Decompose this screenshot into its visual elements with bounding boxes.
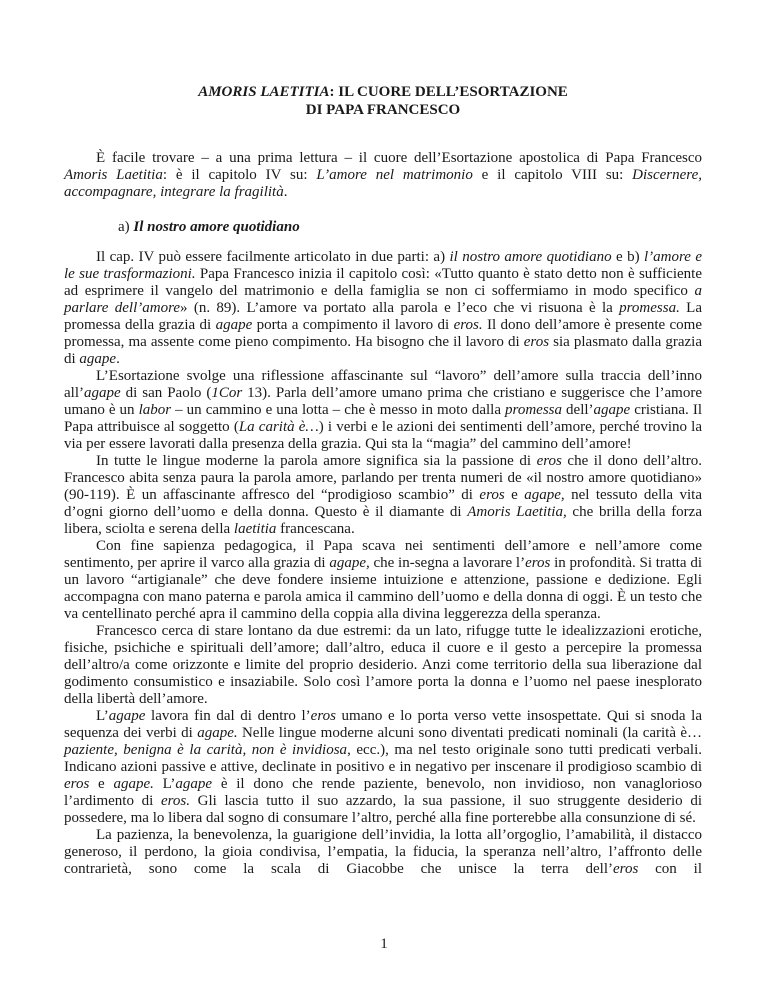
text-run: a): [118, 219, 133, 235]
text-run: Nelle lingue moderne alcuni sono diventa…: [238, 725, 702, 741]
text-run: con il: [638, 861, 702, 877]
title-italic-part: AMORIS LAETITIA: [198, 84, 329, 100]
text-run: Francesco cerca di stare lontano da due …: [64, 623, 702, 707]
text-run: agape: [594, 402, 631, 418]
text-run: agape: [216, 317, 253, 333]
text-run: laetitia: [234, 521, 277, 537]
text-run: e b): [612, 249, 644, 265]
text-run: eros: [479, 487, 504, 503]
text-run: L’: [96, 708, 109, 724]
text-run: L’amore nel matrimonio: [316, 167, 473, 183]
paragraph: L’Esortazione svolge una riflessione aff…: [64, 368, 702, 453]
text-run: .: [284, 184, 288, 200]
text-run: È facile trovare – a una prima lettura –…: [96, 150, 702, 166]
text-run: eros: [525, 555, 550, 571]
title-regular-part: : IL CUORE DELL’ESORTAZIONE: [330, 84, 568, 100]
text-run: promessa.: [619, 300, 680, 316]
paragraph: Il cap. IV può essere facilmente articol…: [64, 249, 702, 368]
text-run: dell’: [562, 402, 594, 418]
document-title: AMORIS LAETITIA: IL CUORE DELL’ESORTAZIO…: [64, 83, 702, 119]
text-run: di san Paolo (: [121, 385, 212, 401]
text-run: – un cammino e una lotta – che è messo i…: [171, 402, 505, 418]
text-run: eros: [613, 861, 638, 877]
text-run: .: [116, 351, 120, 367]
text-run: Il nostro amore quotidiano: [133, 219, 299, 235]
text-run: : è il capitolo IV su:: [163, 167, 316, 183]
text-run: paziente, benigna è la carità, non è inv…: [64, 742, 347, 758]
text-run: eros: [524, 334, 549, 350]
text-run: agape: [109, 708, 146, 724]
text-run: agape.: [113, 776, 153, 792]
paragraph: La pazienza, la benevolenza, la guarigio…: [64, 827, 702, 878]
text-run: agape: [84, 385, 121, 401]
text-run: eros: [64, 776, 89, 792]
document-body: È facile trovare – a una prima lettura –…: [64, 150, 702, 878]
text-run: Amoris Laetitia,: [467, 504, 566, 520]
text-run: labor: [139, 402, 172, 418]
text-run: agape.: [197, 725, 237, 741]
text-run: Il cap. IV può essere facilmente articol…: [96, 249, 449, 265]
text-run: In tutte le lingue moderne la parola amo…: [96, 453, 537, 469]
text-run: e: [89, 776, 113, 792]
text-run: agape,: [524, 487, 564, 503]
text-run: eros.: [454, 317, 483, 333]
text-run: agape: [79, 351, 116, 367]
text-run: La carità è…: [239, 419, 319, 435]
text-run: eros: [311, 708, 336, 724]
text-run: 1Cor: [211, 385, 242, 401]
text-run: porta a compimento il lavoro di: [252, 317, 453, 333]
paragraph: Francesco cerca di stare lontano da due …: [64, 623, 702, 708]
text-run: che in-segna a lavorare l’: [370, 555, 525, 571]
page-number: 1: [0, 936, 768, 953]
text-run: Amoris Laetitia: [64, 167, 163, 183]
title-line-1: AMORIS LAETITIA: IL CUORE DELL’ESORTAZIO…: [64, 83, 702, 101]
paragraph: In tutte le lingue moderne la parola amo…: [64, 453, 702, 538]
text-run: e: [505, 487, 525, 503]
text-run: lavora fin dal di dentro l’: [145, 708, 310, 724]
title-line-2: DI PAPA FRANCESCO: [64, 101, 702, 119]
text-run: e il capitolo VIII su:: [473, 167, 632, 183]
text-run: agape: [175, 776, 212, 792]
text-run: L’: [154, 776, 176, 792]
text-run: La pazienza, la benevolenza, la guarigio…: [64, 827, 702, 877]
text-run: il nostro amore quotidiano: [449, 249, 611, 265]
paragraph: L’agape lavora fin dal di dentro l’eros …: [64, 708, 702, 827]
text-run: » (n. 89). L’amore va portato alla parol…: [180, 300, 619, 316]
text-run: francescana.: [276, 521, 354, 537]
text-run: agape,: [329, 555, 369, 571]
paragraph: Con fine sapienza pedagogica, il Papa sc…: [64, 538, 702, 623]
text-run: promessa: [505, 402, 562, 418]
paragraph: È facile trovare – a una prima lettura –…: [64, 150, 702, 201]
text-run: eros.: [161, 793, 190, 809]
section-heading: a) Il nostro amore quotidiano: [118, 219, 702, 236]
text-run: eros: [537, 453, 562, 469]
document-page: AMORIS LAETITIA: IL CUORE DELL’ESORTAZIO…: [0, 0, 768, 994]
